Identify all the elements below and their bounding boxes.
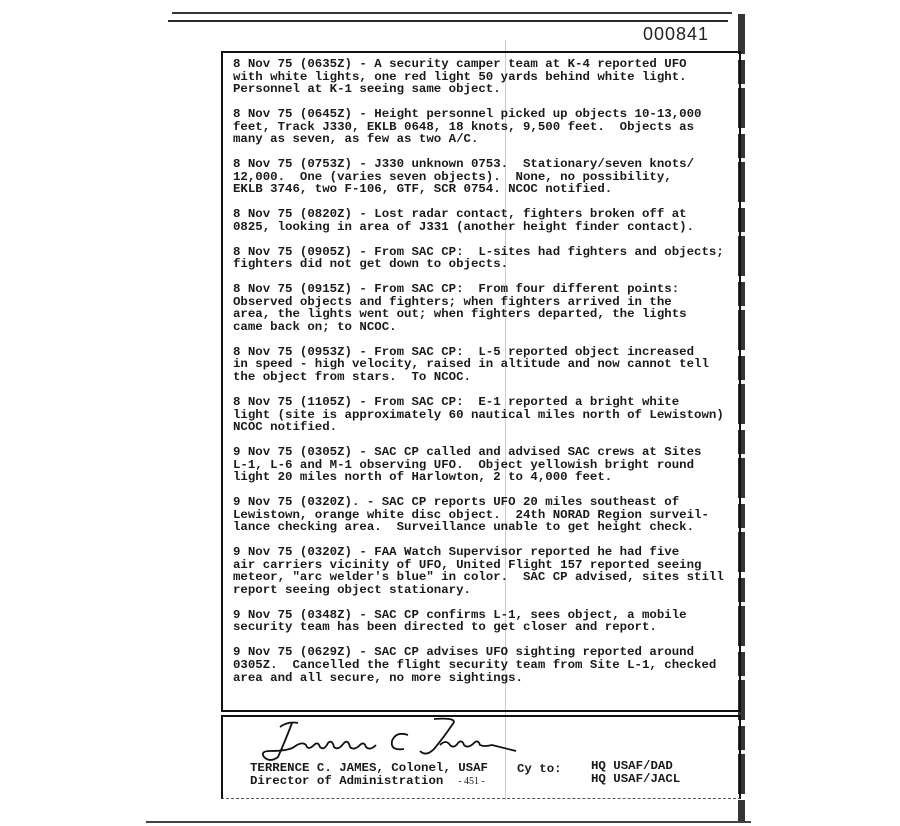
page-number: - 451 -: [458, 776, 485, 787]
header-rule: [168, 20, 728, 22]
copy-to-label: Cy to:: [517, 762, 562, 776]
log-entry: 9 Nov 75 (0320Z) - FAA Watch Supervisor …: [233, 546, 743, 596]
log-entry: 8 Nov 75 (0905Z) - From SAC CP: L-sites …: [233, 246, 743, 271]
log-entry: 9 Nov 75 (0305Z) - SAC CP called and adv…: [233, 446, 743, 484]
footer-rule: [146, 821, 751, 823]
log-entry: 8 Nov 75 (1105Z) - From SAC CP: E-1 repo…: [233, 396, 743, 434]
log-entry: 9 Nov 75 (0320Z). - SAC CP reports UFO 2…: [233, 496, 743, 534]
signatory-title: Director of Administration: [250, 774, 443, 788]
signatory-block: TERRENCE C. JAMES, Colonel, USAF Directo…: [250, 762, 488, 788]
signatory-name: TERRENCE C. JAMES, Colonel, USAF: [250, 761, 488, 775]
document-page: 000841 8 Nov 75 (0635Z) - A security cam…: [0, 0, 900, 826]
log-entry: 8 Nov 75 (0753Z) - J330 unknown 0753. St…: [233, 158, 743, 196]
handwritten-signature: [248, 717, 518, 765]
log-entry: 8 Nov 75 (0820Z) - Lost radar contact, f…: [233, 208, 743, 233]
copy-to-list: HQ USAF/DAD HQ USAF/JACL: [591, 760, 680, 786]
log-entry: 8 Nov 75 (0645Z) - Height personnel pick…: [233, 108, 743, 146]
log-entry: 8 Nov 75 (0915Z) - From SAC CP: From fou…: [233, 283, 743, 333]
log-entry: 8 Nov 75 (0635Z) - A security camper tea…: [233, 58, 743, 96]
log-entry: 9 Nov 75 (0348Z) - SAC CP confirms L-1, …: [233, 609, 743, 634]
log-entry: 9 Nov 75 (0629Z) - SAC CP advises UFO si…: [233, 646, 743, 684]
log-entries: 8 Nov 75 (0635Z) - A security camper tea…: [233, 58, 743, 696]
log-entry: 8 Nov 75 (0953Z) - From SAC CP: L-5 repo…: [233, 346, 743, 384]
copy-to-recipient: HQ USAF/JACL: [591, 773, 680, 786]
header-rule: [172, 12, 732, 14]
document-number: 000841: [643, 24, 709, 45]
